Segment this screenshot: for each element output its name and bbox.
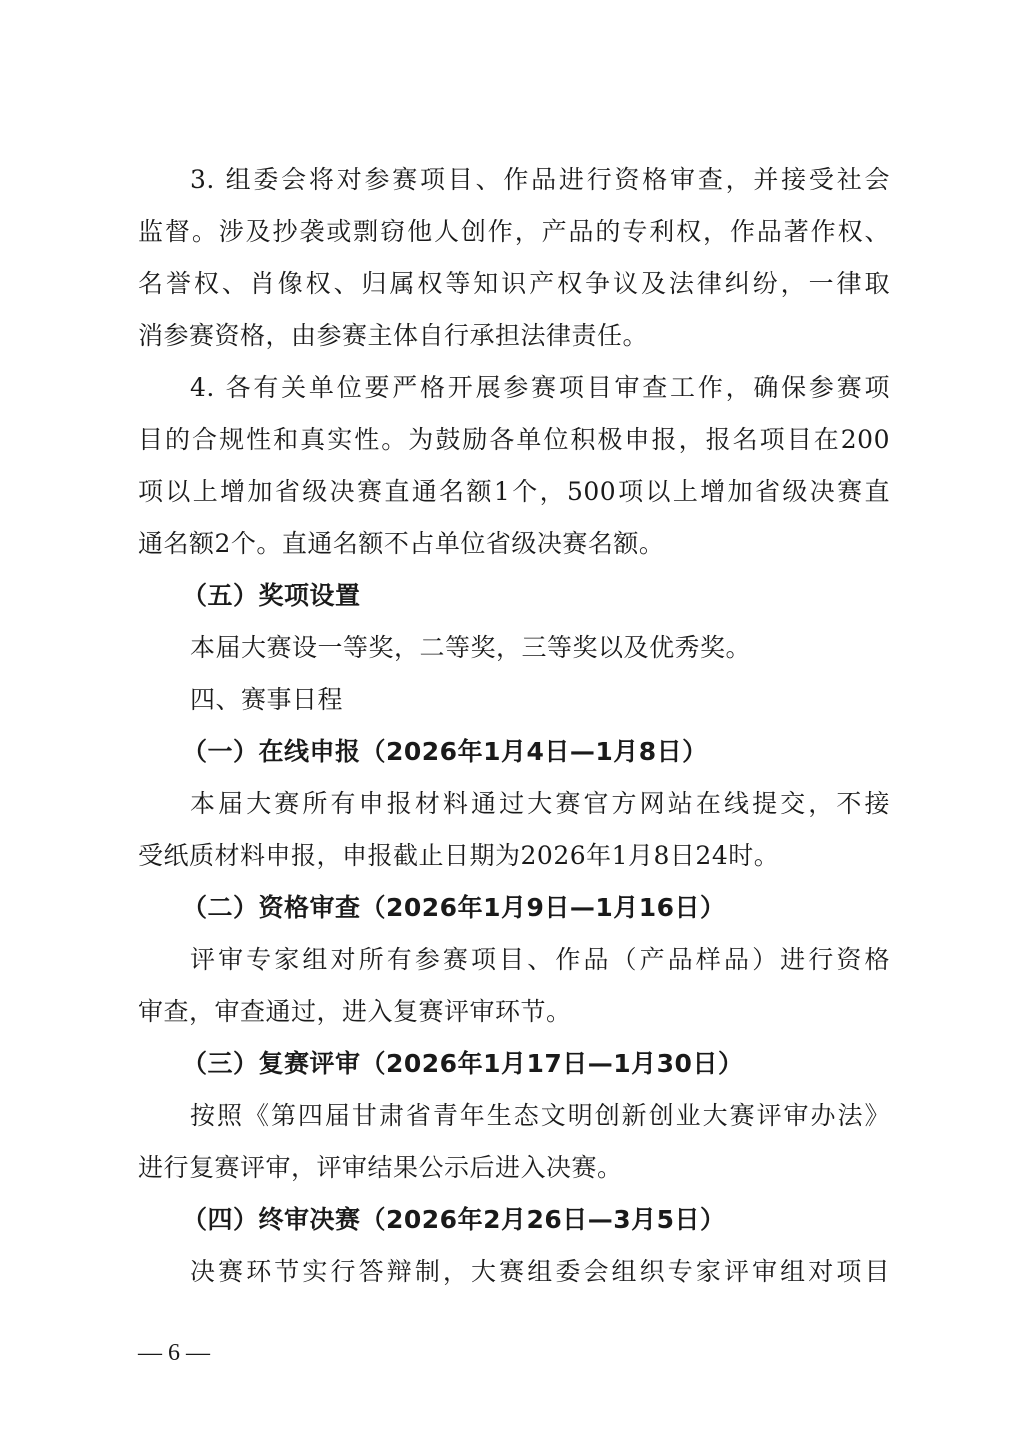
- online-body-line-1: 本届大赛所有申报材料通过大赛官方网站在线提交，不接: [190, 784, 890, 824]
- heading-schedule: 四、赛事日程: [190, 680, 343, 720]
- item-3-line-1: 3. 组委会将对参赛项目、作品进行资格审查，并接受社会: [190, 160, 890, 200]
- page-number: — 6 —: [138, 1333, 210, 1373]
- item-4-line-3: 项以上增加省级决赛直通名额1个，500项以上增加省级决赛直: [138, 472, 890, 512]
- semifinal-body-line-2: 进行复赛评审，评审结果公示后进入决赛。: [138, 1148, 623, 1188]
- item-4-line-4: 通名额2个。直通名额不占单位省级决赛名额。: [138, 524, 664, 564]
- item-3-line-3: 名誉权、肖像权、归属权等知识产权争议及法律纠纷，一律取: [138, 264, 890, 304]
- item-3-line-2: 监督。涉及抄袭或剽窃他人创作，产品的专利权，作品著作权、: [138, 212, 890, 252]
- online-body-line-2: 受纸质材料申报，申报截止日期为2026年1月8日24时。: [138, 836, 779, 876]
- heading-final: （四）终审决赛（2026年2月26日—3月5日）: [182, 1200, 726, 1240]
- item-4-line-1: 4. 各有关单位要严格开展参赛项目审查工作，确保参赛项: [190, 368, 890, 408]
- item-3-line-4: 消参赛资格，由参赛主体自行承担法律责任。: [138, 316, 648, 356]
- heading-qualification: （二）资格审查（2026年1月9日—1月16日）: [182, 888, 726, 928]
- qualification-body-line-2: 审查，审查通过，进入复赛评审环节。: [138, 992, 572, 1032]
- heading-online: （一）在线申报（2026年1月4日—1月8日）: [182, 732, 708, 772]
- heading-awards: （五）奖项设置: [182, 576, 361, 616]
- qualification-body-line-1: 评审专家组对所有参赛项目、作品（产品样品）进行资格: [190, 940, 890, 980]
- final-body-line-1: 决赛环节实行答辩制，大赛组委会组织专家评审组对项目: [190, 1252, 890, 1292]
- heading-semifinal: （三）复赛评审（2026年1月17日—1月30日）: [182, 1044, 743, 1084]
- item-4-line-2: 目的合规性和真实性。为鼓励各单位积极申报，报名项目在200: [138, 420, 890, 460]
- semifinal-body-line-1: 按照《第四届甘肃省青年生态文明创新创业大赛评审办法》: [190, 1096, 890, 1136]
- awards-body: 本届大赛设一等奖，二等奖，三等奖以及优秀奖。: [190, 628, 751, 668]
